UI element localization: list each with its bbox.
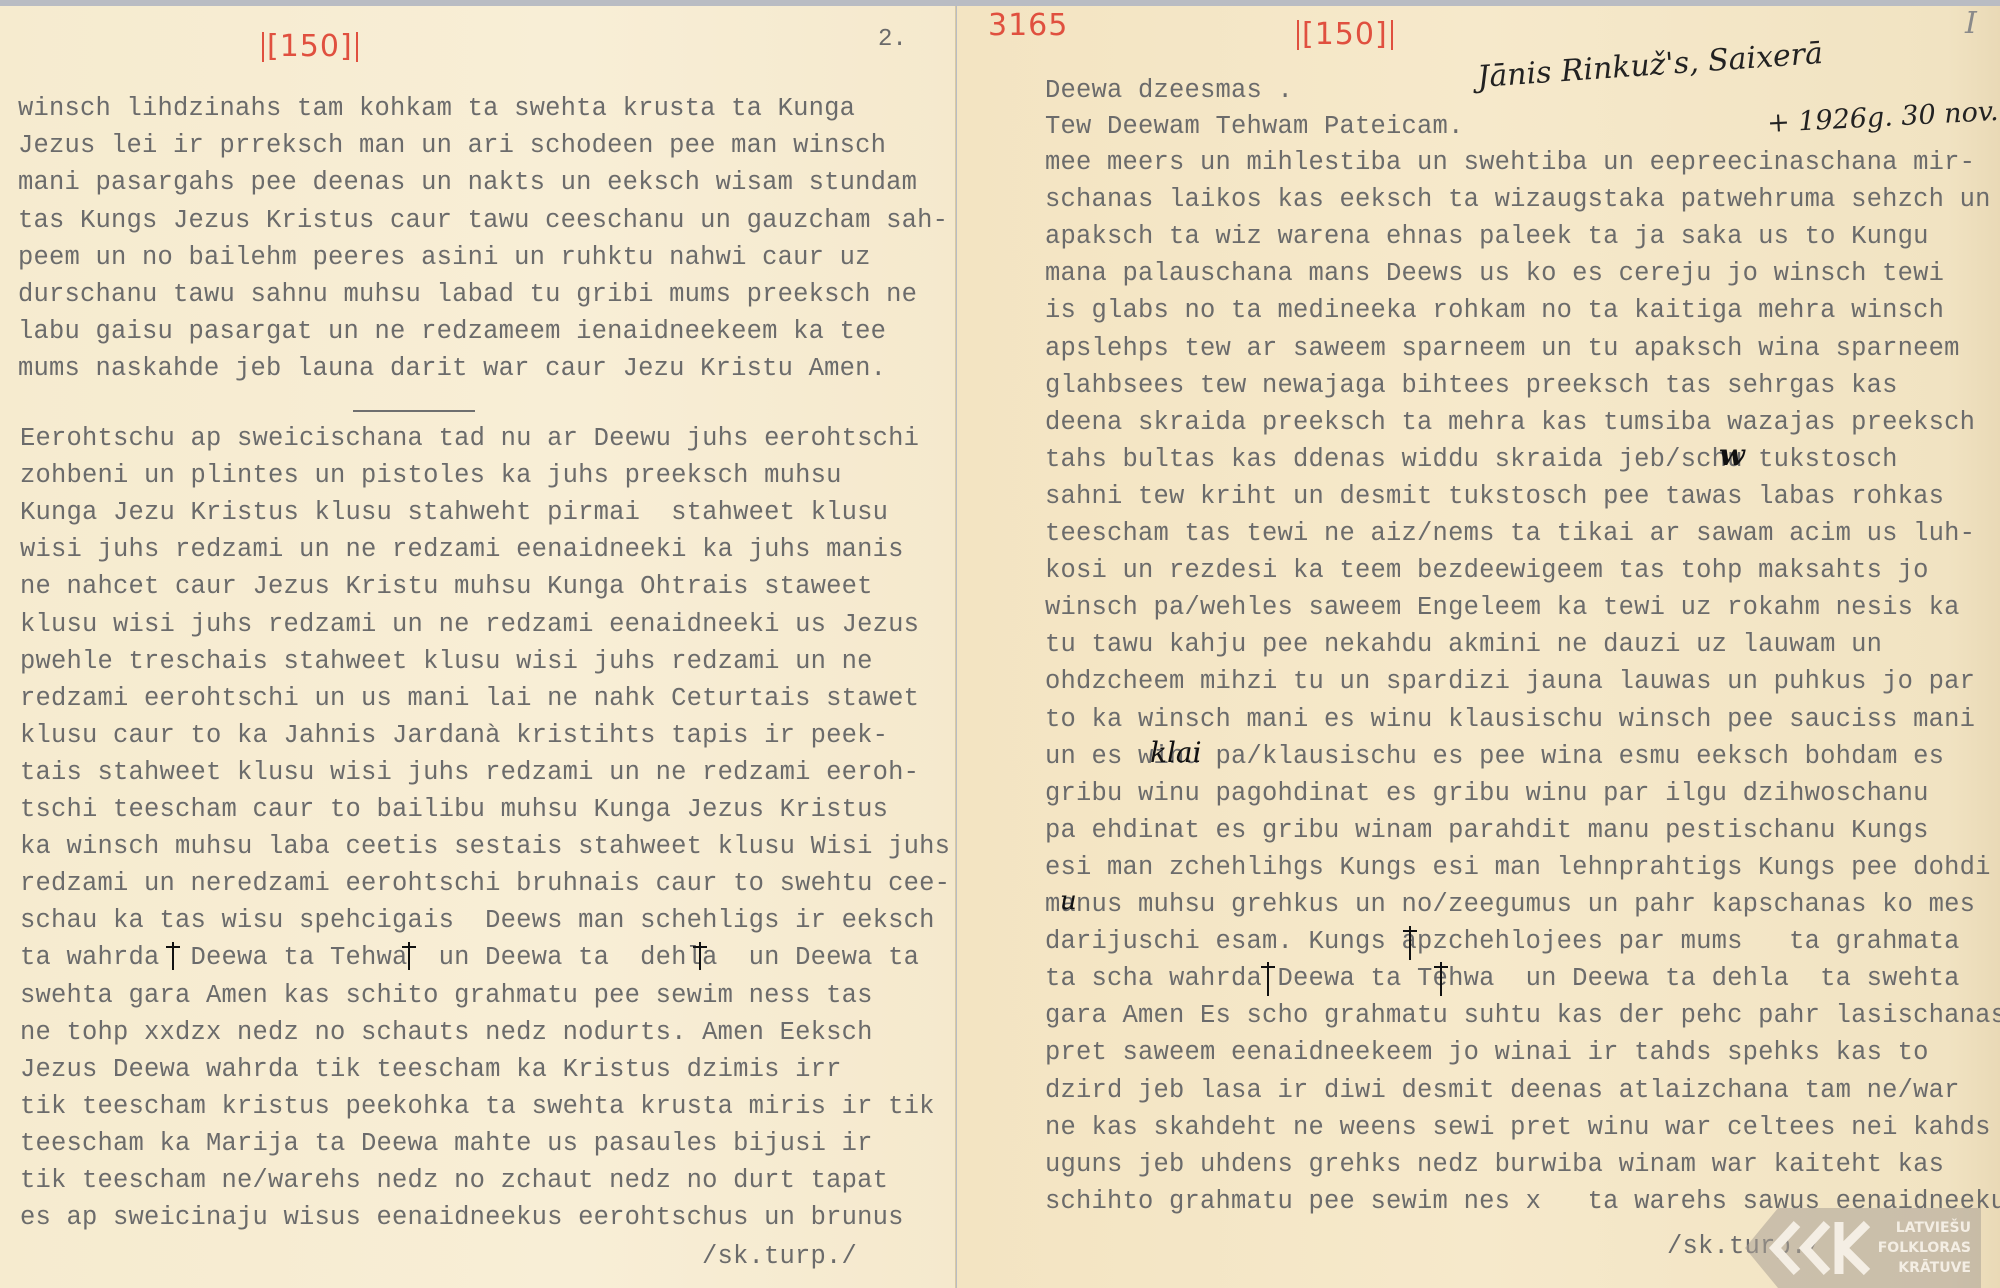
handwritten-collector-note: Jānis Rinkuž's, Saixerā: [1476, 36, 1824, 95]
text-line: redzami un neredzami eerohtschi bruhnais…: [20, 869, 950, 898]
text-line: winsch pa/wehles saweem Engeleem ka tewi…: [1045, 593, 1960, 622]
text-line: tik teescham ne/warehs nedz no zchaut ne…: [20, 1166, 888, 1195]
cross-mark-icon: [1409, 926, 1411, 960]
text-line: zohbeni un plintes un pistoles ka juhs p…: [20, 461, 842, 490]
handwritten-insertion: w: [1719, 438, 1745, 473]
watermark-line: LATVIEŠU: [1875, 1218, 1971, 1238]
text-line: gribu winu pagohdinat es gribu winu par …: [1045, 779, 1929, 808]
text-line: Kunga Jezu Kristus klusu stahweht pirmai…: [20, 498, 888, 527]
cross-mark-icon: [172, 942, 174, 970]
text-line: redzami eerohtschi un us mani lai ne nah…: [20, 684, 919, 713]
text-line: peem un no bailehm peeres asini un ruhkt…: [18, 243, 871, 272]
text-line: pa ehdinat es gribu winam parahdit manu …: [1045, 816, 1929, 845]
text-line: wisi juhs redzami un ne redzami eenaidne…: [20, 535, 904, 564]
text-line: durschanu tawu sahnu muhsu labad tu grib…: [18, 280, 917, 309]
text-line: tas Kungs Jezus Kristus caur tawu ceesch…: [18, 206, 948, 235]
text-line: gara Amen Es scho grahmatu suhtu kas der…: [1045, 1001, 2000, 1030]
text-line: to ka winsch mani es winu klausischu win…: [1045, 705, 1975, 734]
text-line: kosi un rezdesi ka teem bezdeewigeem tas…: [1045, 556, 1929, 585]
document-title: Deewa dzeesmas .: [1045, 76, 1293, 105]
text-line: esi man zchehlihgs Kungs esi man lehnpra…: [1045, 853, 1991, 882]
text-line: ne nahcet caur Jezus Kristu muhsu Kunga …: [20, 572, 873, 601]
text-line: ta wahrda Deewa ta Tehwa un Deewa ta deh…: [20, 943, 919, 972]
chevron-logo-icon: [1797, 1220, 1833, 1276]
text-line: is glabs no ta medineeka rohkam no ta ka…: [1045, 296, 1944, 325]
text-line: klusu caur to ka Jahnis Jardanà kristiht…: [20, 721, 888, 750]
archive-mark-left: [150]: [262, 32, 358, 62]
continuation-note: /sk.turp./: [702, 1242, 857, 1271]
text-line: teescham tas tewi ne aiz/nems ta tikai a…: [1045, 519, 1975, 548]
text-line: apaksch ta wiz warena ehnas paleek ta ja…: [1045, 222, 1929, 251]
text-line: ne kas skahdeht ne weens sewi pret winu …: [1045, 1113, 1991, 1142]
text-line: sahni tew kriht un desmit tukstosch pee …: [1045, 482, 1944, 511]
text-line: Eerohtschu ap sweicischana tad nu ar Dee…: [20, 424, 919, 453]
handwritten-date-note: + 1926g. 30 nov.: [1766, 96, 1999, 139]
text-line: Jezus Deewa wahrda tik teescham ka Krist…: [20, 1055, 842, 1084]
text-line: schau ka tas wisu spehcigais Deews man s…: [20, 906, 935, 935]
text-line: mee meers un mihlestiba un swehtiba un e…: [1045, 148, 1975, 177]
text-line: winsch lihdzinahs tam kohkam ta swehta k…: [18, 94, 855, 123]
folklore-archive-watermark: LATVIEŠU FOLKLORAS KRĀTUVE: [1745, 1208, 1981, 1288]
text-line: swehta gara Amen kas schito grahmatu pee…: [20, 981, 873, 1010]
text-line: deena skraida preeksch ta mehra kas tums…: [1045, 408, 1975, 437]
text-line: pwehle treschais stahweet klusu wisi juh…: [20, 647, 873, 676]
cross-mark-icon: [1440, 962, 1442, 996]
text-line: schanas laikos kas eeksch ta wizaugstaka…: [1045, 185, 1991, 214]
left-page: [150] 2. winsch lihdzinahs tam kohkam ta…: [0, 6, 956, 1288]
text-line: ka winsch muhsu laba ceetis sestais stah…: [20, 832, 950, 861]
text-line: mana palauschana mans Deews us ko es cer…: [1045, 259, 1944, 288]
text-line: ne tohp xxdzx nedz no schauts nedz nodur…: [20, 1018, 873, 1047]
text-line: ohdzcheem mihzi tu un spardizi jauna lau…: [1045, 667, 1975, 696]
text-line: tik teescham kristus peekohka ta swehta …: [20, 1092, 935, 1121]
watermark-text: LATVIEŠU FOLKLORAS KRĀTUVE: [1875, 1218, 1971, 1278]
document-subtitle: Tew Deewam Tehwam Pateicam.: [1045, 112, 1464, 141]
text-line: tu tawu kahju pee nekahdu akmini ne dauz…: [1045, 630, 1882, 659]
text-line: manus muhsu grehkus un no/zeegumus un pa…: [1045, 890, 1975, 919]
text-line: Jezus lei ir prreksch man un ari schodee…: [18, 131, 886, 160]
text-line: tahs bultas kas ddenas widdu skraida jeb…: [1045, 445, 1898, 474]
watermark-line: KRĀTUVE: [1875, 1258, 1971, 1278]
text-line: teescham ka Marija ta Deewa mahte us pas…: [20, 1129, 873, 1158]
right-page: 3165 [150] I Jānis Rinkuž's, Saixerā + 1…: [957, 6, 2000, 1288]
handwritten-insertion: klai: [1150, 736, 1202, 769]
page-roman-numeral: I: [1965, 6, 1977, 41]
cross-mark-icon: [699, 942, 701, 970]
text-line: tais stahweet klusu wisi juhs redzami un…: [20, 758, 919, 787]
text-line: labu gaisu pasargat un ne redzameem iena…: [18, 317, 886, 346]
k-logo-icon: [1831, 1220, 1871, 1276]
text-line: es ap sweicinaju wisus eenaidneekus eero…: [20, 1203, 904, 1232]
text-line: ta scha wahrda Deewa ta Tehwa un Deewa t…: [1045, 964, 1960, 993]
cross-mark-icon: [1267, 962, 1269, 996]
text-line: pret saweem eenaidneekeem jo winai ir ta…: [1045, 1038, 1929, 1067]
watermark-line: FOLKLORAS: [1875, 1238, 1971, 1258]
text-line: darijuschi esam. Kungs apzchehlojees par…: [1045, 927, 1960, 956]
archive-mark-right: [150]: [1297, 20, 1393, 50]
text-line: glahbsees tew newajaga bihtees preeksch …: [1045, 371, 1898, 400]
page-number: 2.: [878, 26, 907, 53]
text-line: uguns jeb uhdens grehks nedz burwiba win…: [1045, 1150, 1944, 1179]
text-line: apslehps tew ar saweem sparneem un tu ap…: [1045, 334, 1960, 363]
text-line: mums naskahde jeb launa darit war caur J…: [18, 354, 886, 383]
cross-mark-icon: [408, 942, 410, 970]
section-divider: [353, 410, 475, 412]
handwritten-insertion: u: [1060, 886, 1077, 916]
text-line: dzird jeb lasa ir diwi desmit deenas atl…: [1045, 1076, 1960, 1105]
text-line: klusu wisi juhs redzami un ne redzami ee…: [20, 610, 919, 639]
archive-number: 3165: [988, 8, 1068, 43]
text-line: mani pasargahs pee deenas un nakts un ee…: [18, 168, 917, 197]
text-line: tschi teescham caur to bailibu muhsu Kun…: [20, 795, 888, 824]
